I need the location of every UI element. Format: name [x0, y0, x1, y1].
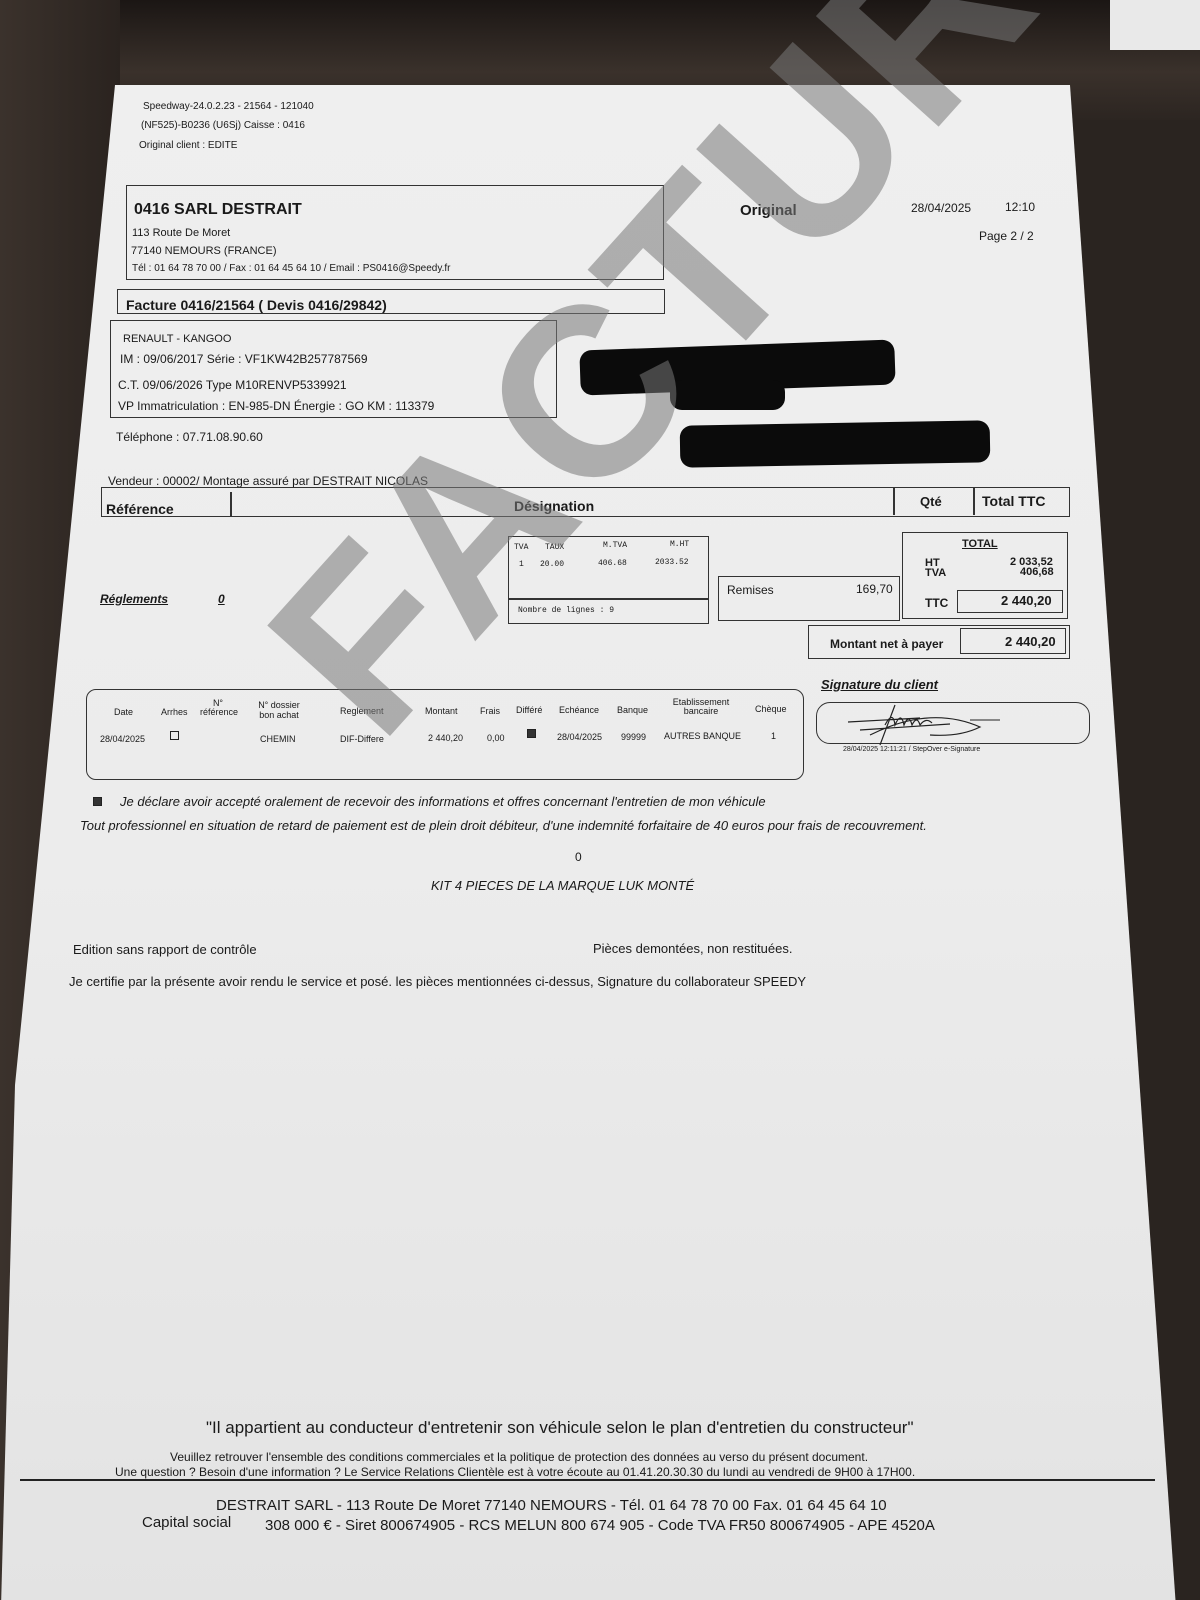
totals-tva-label: TVA	[925, 568, 946, 578]
column-divider	[893, 487, 895, 515]
pay-col-arrhes: Arrhes	[161, 707, 188, 717]
column-divider	[230, 492, 232, 516]
reglements-label: Réglements	[100, 592, 168, 606]
pay-col-etablissement: Etablissement bancaire	[668, 698, 734, 716]
late-fee-text: Tout professionnel en situation de retar…	[80, 818, 927, 833]
signature-title: Signature du client	[821, 677, 938, 692]
pay-frais: 0,00	[487, 733, 505, 743]
pay-dossier: CHEMIN	[260, 734, 296, 744]
corner-paper	[1110, 0, 1200, 50]
pay-cheque: 1	[771, 731, 776, 741]
remises-label: Remises	[727, 583, 774, 597]
vehicle-model: RENAULT - KANGOO	[123, 333, 231, 345]
footer-address: DESTRAIT SARL - 113 Route De Moret 77140…	[216, 1497, 887, 1514]
pay-date: 28/04/2025	[100, 734, 145, 744]
consent-checkbox[interactable]	[93, 797, 102, 806]
col-reference: Référence	[106, 501, 174, 517]
company-city: 77140 NEMOURS (FRANCE)	[131, 245, 276, 257]
edition-text: Edition sans rapport de contrôle	[73, 942, 257, 957]
pieces-text: Pièces demontées, non restituées.	[593, 941, 792, 956]
customer-phone: Téléphone : 07.71.08.90.60	[116, 430, 263, 444]
software-version: Speedway-24.0.2.23 - 21564 - 121040	[143, 101, 314, 112]
col-total-ttc: Total TTC	[982, 493, 1046, 509]
vehicle-ct-type: C.T. 09/06/2026 Type M10RENVP5339921	[118, 378, 347, 392]
footer-capital-label: Capital social	[142, 1514, 231, 1531]
nf525-info: (NF525)-B0236 (U6Sj) Caisse : 0416	[141, 120, 305, 131]
pay-col-reference: N° référence	[200, 699, 236, 717]
pay-col-banque: Banque	[617, 705, 648, 715]
totals-title: TOTAL	[962, 538, 998, 550]
company-name: 0416 SARL DESTRAIT	[134, 201, 302, 219]
pay-col-cheque: Chèque	[755, 704, 787, 714]
footer-legal: 308 000 € - Siret 800674905 - RCS MELUN …	[265, 1517, 935, 1534]
certify-text: Je certifie par la présente avoir rendu …	[69, 974, 806, 989]
zero-value: 0	[575, 850, 582, 864]
invoice-time: 12:10	[1005, 200, 1035, 214]
page-number: Page 2 / 2	[979, 229, 1034, 243]
consent-text: Je déclare avoir accepté oralement de re…	[120, 794, 766, 809]
vat-col-mht: M.HT	[670, 540, 689, 549]
net-to-pay-value: 2 440,20	[1005, 634, 1056, 649]
pay-col-date: Date	[114, 707, 133, 717]
footer-question: Une question ? Besoin d'une information …	[115, 1465, 915, 1479]
pay-echeance: 28/04/2025	[557, 732, 602, 742]
column-divider	[973, 487, 975, 515]
remises-value: 169,70	[856, 582, 893, 596]
pay-banque: 99999	[621, 732, 646, 742]
totals-tva-value: 406,68	[1020, 567, 1054, 577]
totals-ttc-value: 2 440,20	[1001, 593, 1052, 608]
company-contact: Tél : 01 64 78 70 00 / Fax : 01 64 45 64…	[132, 263, 451, 274]
pay-col-dossier: N° dossier bon achat	[254, 700, 304, 720]
invoice-title: Facture 0416/21564 ( Devis 0416/29842)	[126, 297, 387, 313]
totals-ttc-label: TTC	[925, 596, 948, 610]
signature-scribble-icon	[840, 700, 1000, 750]
pay-etablissement: AUTRES BANQUE	[664, 731, 741, 741]
col-quantity: Qté	[920, 494, 942, 509]
footer-quote: "Il appartient au conducteur d'entreteni…	[206, 1418, 914, 1438]
pay-col-echeance: Echéance	[559, 705, 599, 715]
footer-conditions: Veuillez retrouver l'ensemble des condit…	[170, 1450, 868, 1464]
net-to-pay-label: Montant net à payer	[830, 637, 943, 651]
kit-text: KIT 4 PIECES DE LA MARQUE LUK MONTÉ	[431, 878, 694, 893]
vehicle-im-serie: IM : 09/06/2017 Série : VF1KW42B25778756…	[120, 352, 368, 366]
footer-divider	[20, 1479, 1155, 1481]
company-street: 113 Route De Moret	[132, 227, 230, 239]
vat-row-mht: 2033.52	[655, 558, 689, 567]
arrhes-checkbox[interactable]	[170, 731, 179, 740]
pay-col-differe: Différé	[516, 705, 542, 715]
signature-stamp: 28/04/2025 12:11:21 / StepOver e-Signatu…	[843, 746, 980, 753]
differe-checkbox[interactable]	[527, 729, 536, 738]
original-client: Original client : EDITE	[139, 140, 237, 151]
